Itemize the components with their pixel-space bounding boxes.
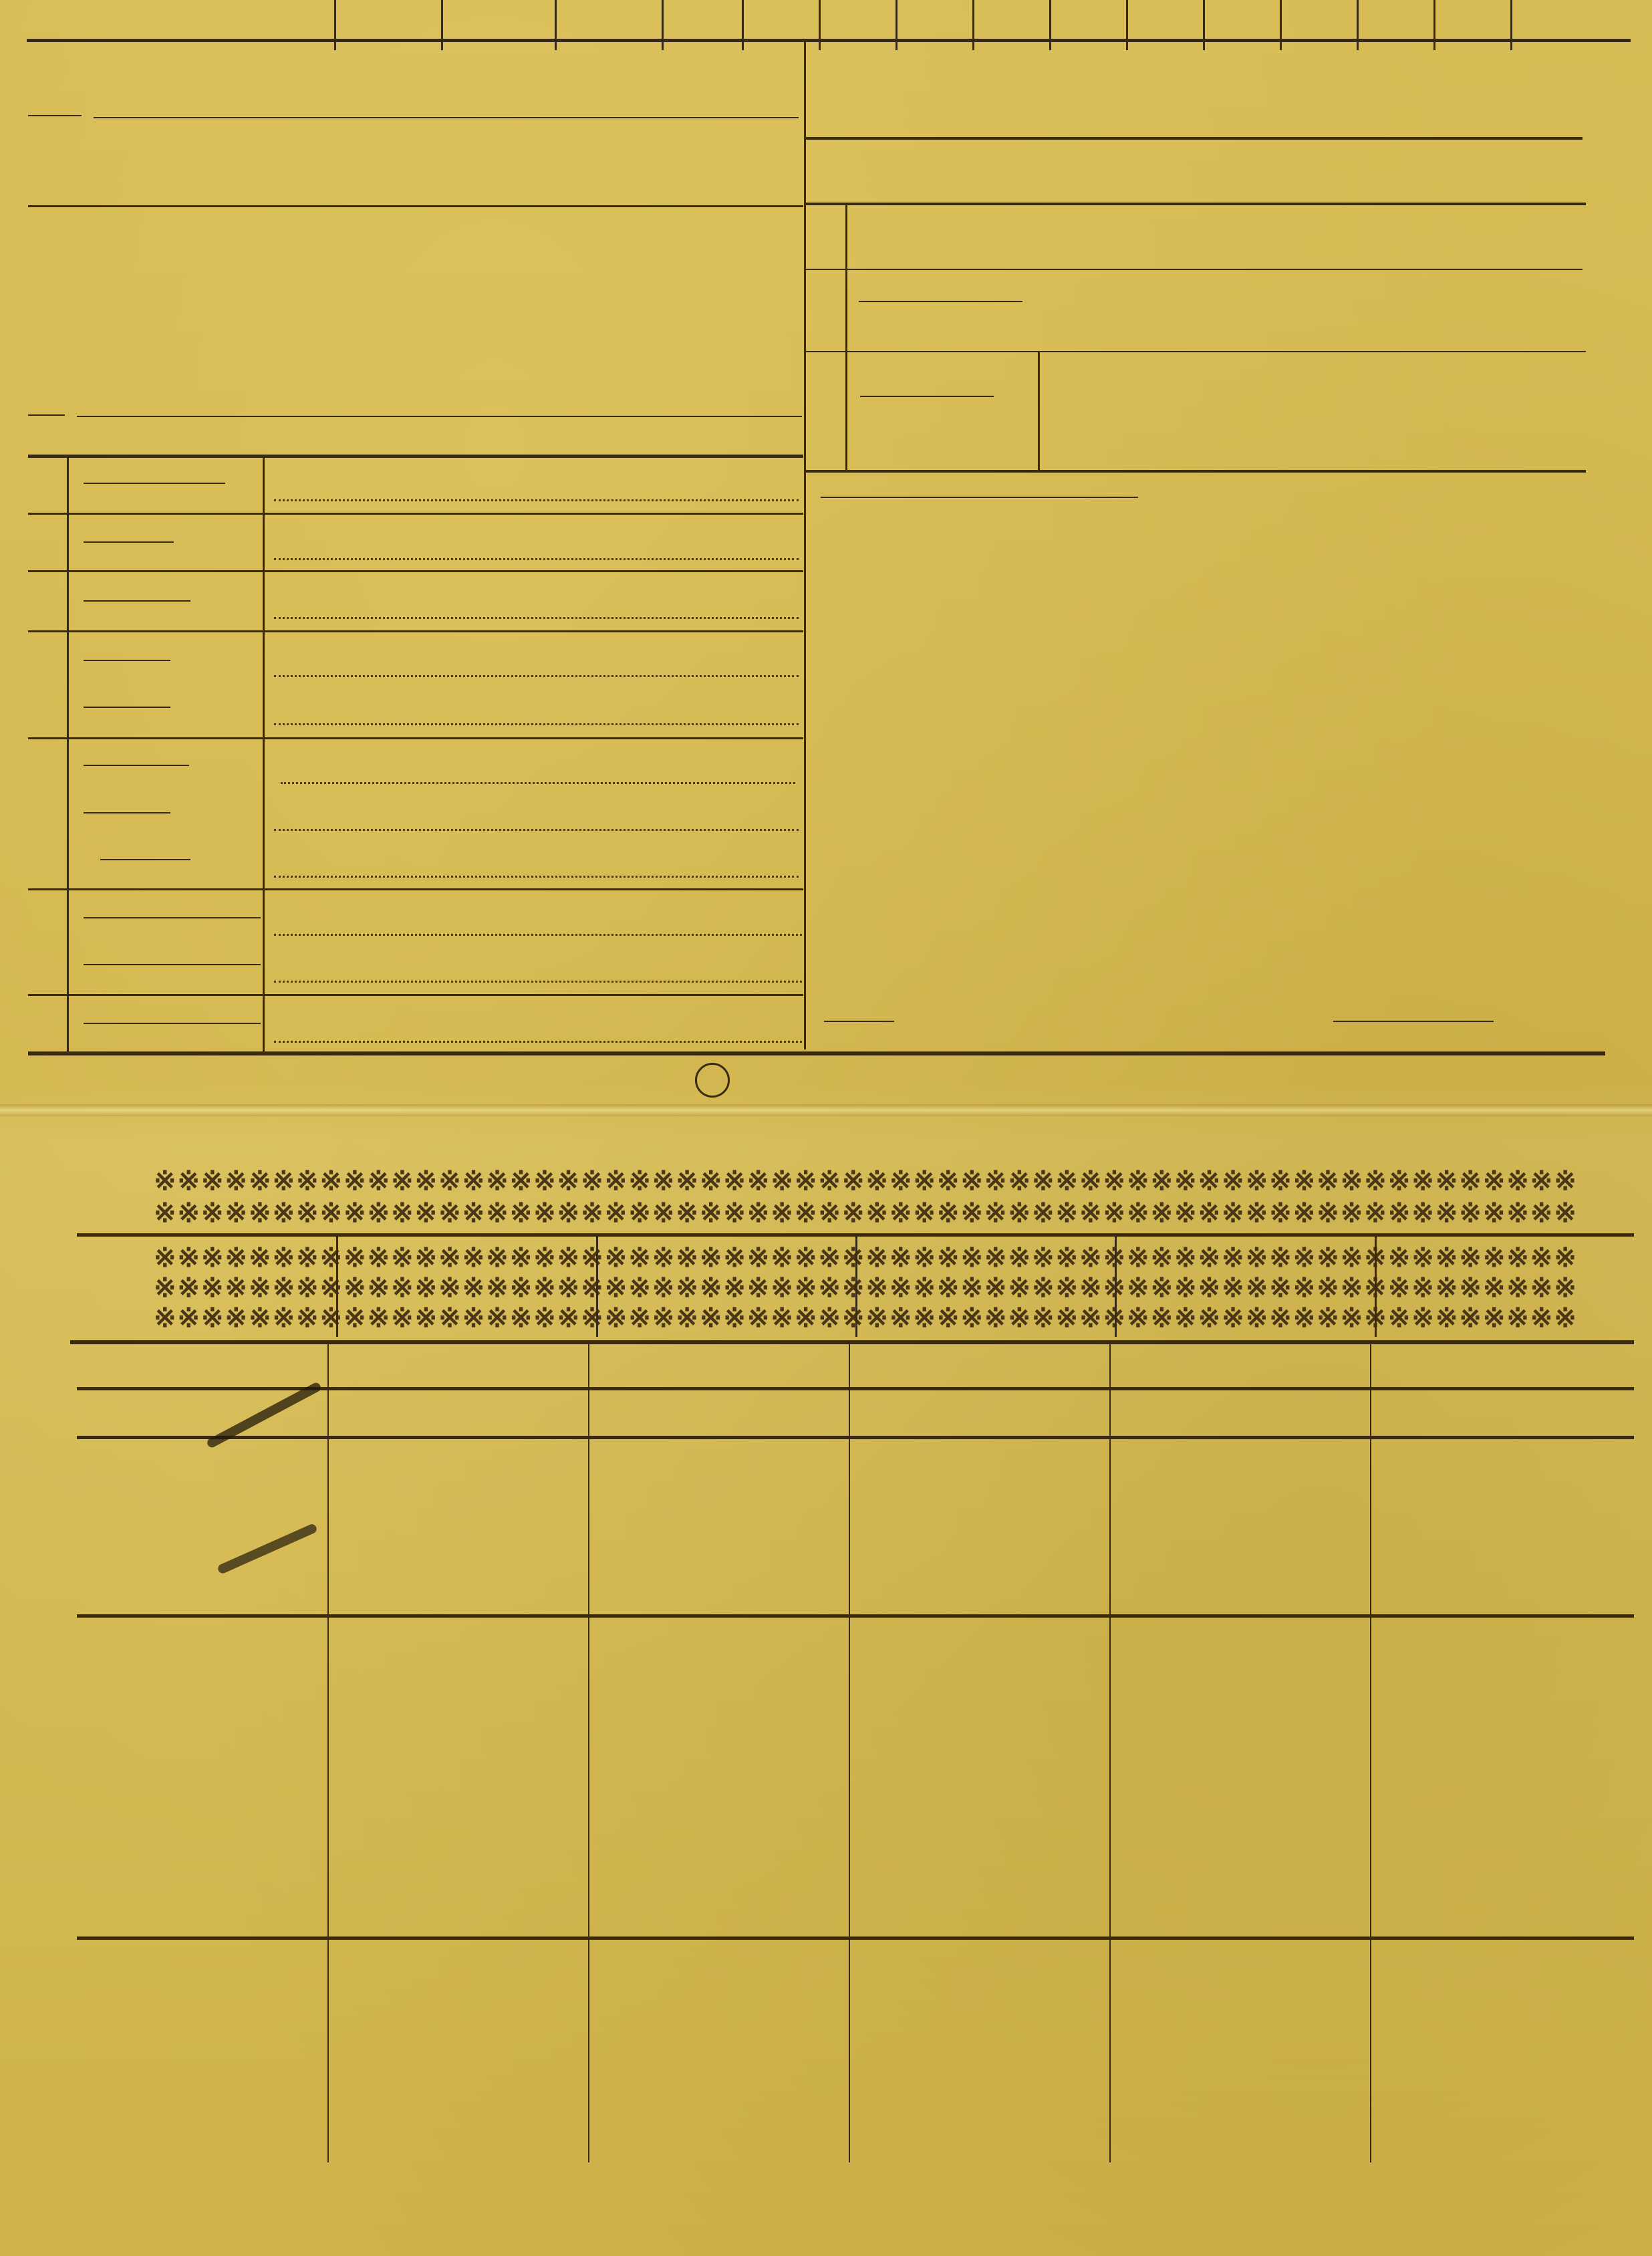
row-divider bbox=[28, 888, 803, 890]
fill-line bbox=[274, 829, 799, 831]
fill-line bbox=[274, 876, 799, 878]
column-separator bbox=[555, 0, 557, 50]
grid-top-rule bbox=[70, 1340, 1634, 1344]
arbeitsamt-bottom bbox=[804, 203, 1586, 205]
grid-col-divider bbox=[588, 1344, 589, 2162]
right-num-divider bbox=[845, 204, 847, 473]
column-separator bbox=[1433, 0, 1435, 50]
label-divider bbox=[84, 917, 261, 918]
personal-num-divider bbox=[67, 458, 69, 1053]
row8-line bbox=[804, 269, 1582, 270]
row-divider bbox=[28, 513, 803, 515]
grid-row-rule-1 bbox=[77, 1614, 1634, 1618]
label-divider bbox=[821, 497, 1138, 498]
center-divider bbox=[804, 40, 806, 1049]
grid-col-divider bbox=[849, 1344, 850, 2162]
fill-line bbox=[274, 723, 799, 725]
column-separator bbox=[896, 0, 898, 50]
row-divider bbox=[28, 570, 803, 572]
column-separator bbox=[1126, 0, 1128, 50]
mask-pattern: ※※※※※※※※※※※※※※※※※※※※※※※※※※※※※※※※※※※※※※※※… bbox=[154, 1199, 1652, 1228]
label-divider bbox=[84, 541, 174, 543]
column-separator bbox=[972, 0, 974, 50]
upper-bottom-rule bbox=[28, 1051, 1605, 1055]
label-divider bbox=[84, 812, 170, 813]
header-rule bbox=[27, 39, 1631, 42]
grid-row-rule-2 bbox=[77, 1936, 1634, 1940]
mask-pattern: ※※※※※※※※※※※※※※※※※※※※※※※※※※※※※※※※※※※※※※※※… bbox=[154, 1166, 1652, 1196]
von-divider bbox=[28, 115, 82, 116]
label-divider bbox=[84, 1023, 261, 1024]
paper-fold bbox=[0, 1104, 1652, 1116]
fill-line bbox=[281, 782, 795, 784]
column-separator bbox=[662, 0, 664, 50]
mask-pattern: ※※※※※※※※※※※※※※※※※※※※※※※※※※※※※※※※※※※※※※※※… bbox=[154, 1303, 1652, 1333]
row-divider bbox=[28, 994, 803, 996]
fill-line bbox=[274, 934, 802, 936]
masked-col-divider bbox=[855, 1237, 857, 1337]
label-divider bbox=[84, 964, 261, 965]
von-line bbox=[94, 117, 799, 118]
label-divider bbox=[859, 301, 1022, 302]
grid-head-rule bbox=[77, 1436, 1634, 1439]
printer-logo-icon bbox=[695, 1063, 730, 1098]
label-divider bbox=[84, 765, 189, 766]
row-divider bbox=[28, 630, 803, 632]
masked-col-divider bbox=[1115, 1237, 1117, 1337]
taetigkeit-divider bbox=[1038, 352, 1040, 473]
masked-col-divider bbox=[1375, 1237, 1377, 1337]
als-divider bbox=[28, 414, 65, 416]
fill-line bbox=[274, 617, 799, 619]
column-separator bbox=[742, 0, 744, 50]
label-divider bbox=[84, 483, 225, 484]
column-separator bbox=[334, 0, 336, 50]
fill-line bbox=[274, 499, 799, 501]
column-separator bbox=[1510, 0, 1512, 50]
fill-line bbox=[274, 981, 802, 983]
mask-pattern: ※※※※※※※※※※※※※※※※※※※※※※※※※※※※※※※※※※※※※※※※… bbox=[154, 1273, 1652, 1303]
label-divider bbox=[84, 660, 170, 661]
als-line bbox=[77, 416, 802, 417]
label-divider bbox=[84, 707, 170, 708]
column-separator bbox=[1357, 0, 1359, 50]
column-separator bbox=[1203, 0, 1205, 50]
label-divider bbox=[860, 396, 994, 397]
fill-line bbox=[274, 1041, 802, 1043]
grid-col-divider bbox=[1109, 1344, 1111, 2162]
personal-label-divider bbox=[263, 458, 265, 1053]
column-separator bbox=[441, 0, 443, 50]
grid-col-divider bbox=[1370, 1344, 1371, 2162]
fill-line bbox=[274, 558, 799, 560]
row9-bottom bbox=[804, 470, 1586, 473]
masked-col-divider bbox=[336, 1237, 338, 1337]
row-divider bbox=[28, 737, 803, 739]
label-divider bbox=[824, 1021, 894, 1022]
masked-strip: ※※※※※※※※※※※※※※※※※※※※※※※※※※※※※※※※※※※※※※※※… bbox=[77, 1166, 1634, 1337]
label-divider bbox=[1333, 1021, 1494, 1022]
masked-col-divider bbox=[596, 1237, 598, 1337]
fuer-divider bbox=[28, 205, 803, 207]
column-separator bbox=[1280, 0, 1282, 50]
personal-table-top bbox=[28, 455, 803, 458]
label-divider bbox=[84, 600, 190, 602]
column-separator bbox=[1049, 0, 1051, 50]
column-separator bbox=[819, 0, 821, 50]
fill-line bbox=[274, 675, 799, 677]
form-paper bbox=[0, 0, 1652, 2256]
arbeitsamt-line bbox=[804, 137, 1582, 140]
grid-col-divider bbox=[327, 1344, 329, 2162]
label-divider bbox=[100, 859, 190, 860]
row8a-bottom bbox=[804, 351, 1586, 352]
mask-pattern: ※※※※※※※※※※※※※※※※※※※※※※※※※※※※※※※※※※※※※※※※… bbox=[154, 1243, 1652, 1273]
